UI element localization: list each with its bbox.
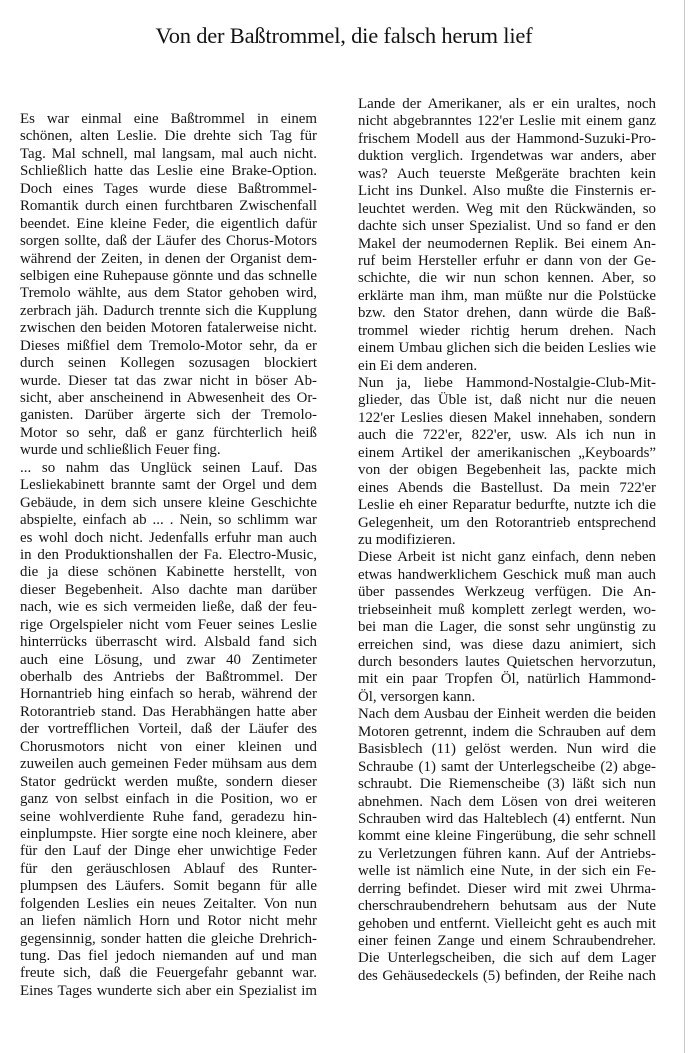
text-line: glieder, das Üble ist, daß nicht nur die… — [358, 392, 656, 409]
text-line: Makel der neumodernen Replik. Bei einem … — [358, 236, 656, 253]
text-line: eines Abends die Bastellust. Da mein 722… — [358, 480, 656, 497]
left-column: Es war einmal eine Baßtrommel in einemsc… — [20, 111, 317, 1000]
text-line: zerbrach jäh. Dadurch trennte sich die K… — [20, 303, 317, 320]
text-line: trommel wieder richtig herum drehen. Nac… — [358, 323, 656, 340]
text-line: einem Artikel der amerikanischen „Keyboa… — [358, 445, 656, 462]
text-line: durch besonders lautes Quietschen hervor… — [358, 654, 656, 671]
text-line: Basisblech (11) gelöst werden. Nun wird … — [358, 741, 656, 758]
text-line: Romantik durch einen furchtbaren Zwische… — [20, 198, 317, 215]
text-line: beendet. Eine kleine Feder, die eigentli… — [20, 216, 317, 233]
text-line: der vortrefflichen Vorteil, daß der Läuf… — [20, 721, 317, 738]
text-line: 122'er Leslies diesen Makel innehaben, s… — [358, 410, 656, 427]
text-line: schönen, alten Leslie. Die drehte sich T… — [20, 128, 317, 145]
text-line: für den Lauf der Dinge eher unwichtige F… — [20, 843, 317, 860]
text-line: Schrauben wird das Halteblech (4) entfer… — [358, 811, 656, 828]
text-line: Chorusmotors nicht von einer kleinen und — [20, 739, 317, 756]
text-line: was? Auch teuerste Meßgeräte brachten ke… — [358, 166, 656, 183]
text-line: durch seinen Kollegen sozusagen blockier… — [20, 355, 317, 372]
text-line: triebseinheit muß komplett zerlegt werde… — [358, 602, 656, 619]
text-line: Licht ins Dunkel. Also mußte die Finster… — [358, 183, 656, 200]
text-line: leuchtet werden. Weg mit den Rückwänden,… — [358, 201, 656, 218]
text-line: von der obigen Begebenheit las, packte m… — [358, 462, 656, 479]
text-line: freute sich, daß die Feuergefahr gebannt… — [20, 965, 317, 982]
text-line: cherschraubendrehern behutsam aus der Nu… — [358, 898, 656, 915]
text-line: duktion verglich. Irgendetwas war anders… — [358, 148, 656, 165]
text-line: gegensinnig, sonder hatten die gleiche D… — [20, 931, 317, 948]
text-line: über passendes Werkzeug verfügen. Die An… — [358, 584, 656, 601]
text-line: während der Zeiten, in denen der Organis… — [20, 251, 317, 268]
text-line: Dieses mißfiel dem Tremolo-Motor sehr, d… — [20, 338, 317, 355]
text-line: ruf beim Hersteller erfuhr er dann von d… — [358, 253, 656, 270]
text-line: Nach dem Ausbau der Einheit werden die b… — [358, 706, 656, 723]
text-line: Rotorantrieb stand. Das Herabhängen hatt… — [20, 704, 317, 721]
text-line: folgenden Leslies ein neues Zeitalter. V… — [20, 896, 317, 913]
text-line: kommt eine kleine Fingerübung, die sehr … — [358, 828, 656, 845]
text-line: nach, wie es sich vermeiden ließe, daß d… — [20, 599, 317, 616]
text-line: mit ein paar Tropfen Öl, natürlich Hammo… — [358, 671, 656, 688]
text-line: wurde und schließlich Feuer fing. — [20, 442, 317, 459]
text-line: dieser Begebenheit. Also dachte man darü… — [20, 582, 317, 599]
text-line: Eines Tages wunderte sich aber ein Spezi… — [20, 983, 317, 1000]
text-line: an liefen nämlich Horn und Rotor nicht m… — [20, 913, 317, 930]
text-line: ... so nahm das Unglück seinen Lauf. Das — [20, 460, 317, 477]
text-line: einem Umbau glichen sich die beiden Lesl… — [358, 340, 656, 357]
text-line: zu Verletzungen führen kann. Auf der Ant… — [358, 846, 656, 863]
text-line: für den geräuschlosen Ablauf des Runter- — [20, 861, 317, 878]
text-line: Schließlich hatte das Leslie eine Brake-… — [20, 163, 317, 180]
text-line: die ja diese schönen Kabinette herstellt… — [20, 564, 317, 581]
text-line: zu modifizieren. — [358, 532, 656, 549]
text-line: seine wohlverdiente Ruhe fand, geradezu … — [20, 809, 317, 826]
text-line: etwas handwerklichem Geschick muß man au… — [358, 567, 656, 584]
text-line: Motoren getrennt, indem die Schrauben au… — [358, 724, 656, 741]
text-line: Gebäude, in dem sich unsere kleine Gesch… — [20, 495, 317, 512]
text-line: ganz von selbst einfach in die Position,… — [20, 791, 317, 808]
text-line: frischem Modell aus der Hammond-Suzuki-P… — [358, 131, 656, 148]
text-line: Tag. Mal schnell, mal langsam, mal auch … — [20, 146, 317, 163]
text-line: es wohl doch nicht. Jedenfalls erfuhr ma… — [20, 530, 317, 547]
text-line: rige Orgelspieler nicht vom Feuer seines… — [20, 617, 317, 634]
text-line: Es war einmal eine Baßtrommel in einem — [20, 111, 317, 128]
text-line: Stator gedrückt werden mußte, sondern di… — [20, 774, 317, 791]
text-line: gehoben und entfernt. Vielleicht geht es… — [358, 916, 656, 933]
text-line: zuweilen auch gemeinen Feder mühsam aus … — [20, 756, 317, 773]
text-line: schraubt. Die Riemenscheibe (3) läßt sic… — [358, 776, 656, 793]
text-line: ganisten. Darüber ärgerte sich der Tremo… — [20, 407, 317, 424]
text-line: erreichen sind, was diese dazu animiert,… — [358, 637, 656, 654]
text-line: tung. Das fiel jedoch niemanden auf und … — [20, 948, 317, 965]
text-line: ein Ei dem anderen. — [358, 358, 656, 375]
text-line: Die Unterlegscheiben, die sich auf dem L… — [358, 950, 656, 967]
text-line: selbigen eine Ruhepause gönnte und das s… — [20, 268, 317, 285]
text-line: bzw. den Stator drehen, dann würde die B… — [358, 305, 656, 322]
text-line: einplumpste. Hier sorgte eine noch klein… — [20, 826, 317, 843]
text-line: bei man die Lager, die sonst sehr ungüns… — [358, 619, 656, 636]
text-line: Lande der Amerikaner, als er ein uraltes… — [358, 96, 656, 113]
text-line: in den Produktionshallen der Fa. Electro… — [20, 547, 317, 564]
text-line: oberhalb des Antriebs der Baßtrommel. De… — [20, 669, 317, 686]
text-line: Schraube (1) samt der Unterlegscheibe (2… — [358, 759, 656, 776]
text-line: plumpsen des Läufers. Somit begann für a… — [20, 878, 317, 895]
text-line: Doch eines Tages wurde diese Baßtrommel- — [20, 181, 317, 198]
text-line: sorgen sollte, daß der Läufer des Chorus… — [20, 233, 317, 250]
text-line: auch eine Lösung, und zwar 40 Zentimeter — [20, 652, 317, 669]
text-line: des Gehäusedeckels (5) befinden, der Rei… — [358, 968, 656, 985]
text-line: erklärte man ihm, man müßte nur die Pols… — [358, 288, 656, 305]
text-line: Lesliekabinett brannte samt der Orgel un… — [20, 477, 317, 494]
page-title: Von der Baßtrommel, die falsch herum lie… — [0, 22, 688, 50]
text-line: nicht abgebranntes 122'er Leslie mit ein… — [358, 113, 656, 130]
text-line: sicht, aber anscheinend in Abwesenheit d… — [20, 390, 317, 407]
text-line: auch die 722'er, 822'er, usw. Als ich nu… — [358, 427, 656, 444]
text-line: Motor so sehr, daß er ganz fürchterlich … — [20, 425, 317, 442]
text-line: zwischen den beiden Motoren fatalerweise… — [20, 320, 317, 337]
right-column: Lande der Amerikaner, als er ein uraltes… — [358, 96, 656, 985]
text-line: Tremolo wählte, aus dem Stator gehoben w… — [20, 285, 317, 302]
text-line: Öl, versorgen kann. — [358, 689, 656, 706]
text-line: Gelegenheit, um den Rotorantrieb entspre… — [358, 515, 656, 532]
text-line: schichte, die wir nun schon kennen. Aber… — [358, 270, 656, 287]
text-line: dachte sich unser Spezialist. Und so fan… — [358, 218, 656, 235]
text-line: Leslie eh einer Reparatur bedurfte, nutz… — [358, 497, 656, 514]
text-line: abspielte, einfach ab ... . Nein, so sch… — [20, 512, 317, 529]
text-line: welle ist nämlich eine Nute, in der sich… — [358, 863, 656, 880]
text-line: einer feinen Zange und einem Schraubendr… — [358, 933, 656, 950]
page-edge-line — [684, 0, 685, 1053]
text-line: Nun ja, liebe Hammond-Nostalgie-Club-Mit… — [358, 375, 656, 392]
text-line: hinterrücks überrascht wird. Alsbald fan… — [20, 634, 317, 651]
text-line: Diese Arbeit ist nicht ganz einfach, den… — [358, 549, 656, 566]
text-line: derring befindet. Dieser wird mit zwei U… — [358, 881, 656, 898]
text-line: abnehmen. Nach dem Lösen von drei weiter… — [358, 794, 656, 811]
text-line: wurde. Dieser tat das zwar nicht in böse… — [20, 373, 317, 390]
text-line: Hornantrieb hing einfach so herab, währe… — [20, 686, 317, 703]
